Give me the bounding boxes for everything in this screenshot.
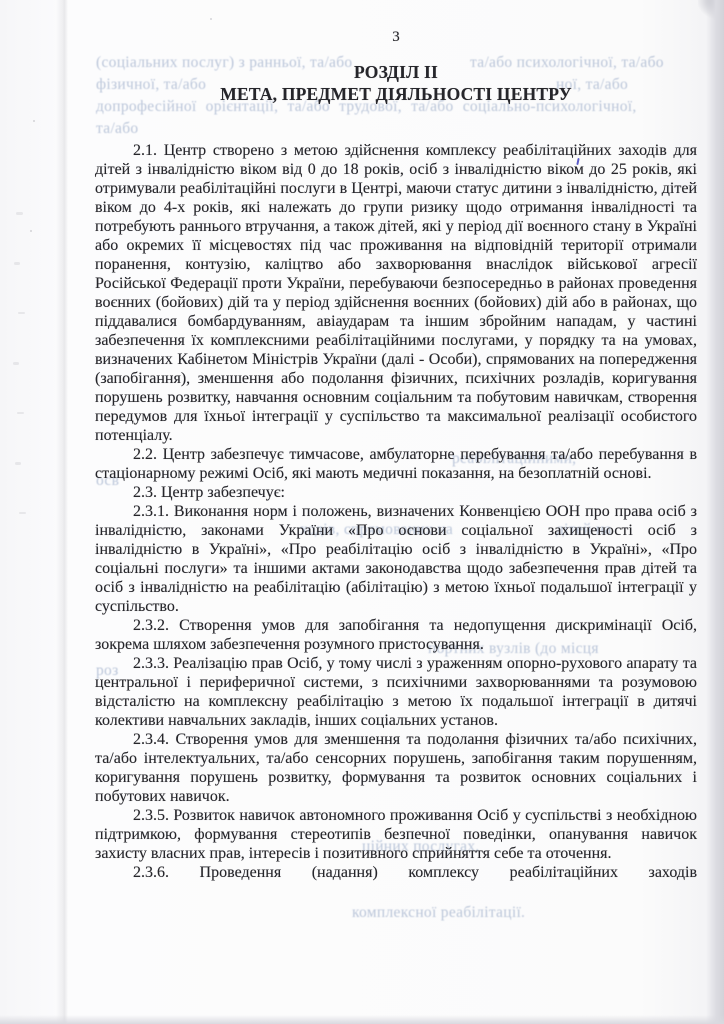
scan-artifact (18, 312, 25, 314)
paragraph-2-1: 2.1. Центр створено з метою здійснення к… (95, 141, 697, 445)
scan-artifact (210, 18, 212, 20)
paragraph-2-3-2: 2.3.2. Створення умов для запобігання та… (95, 616, 697, 654)
scan-artifact (33, 120, 35, 122)
scan-artifact (14, 262, 20, 265)
paragraph-2-2: 2.2. Центр забезпечує тимчасове, амбулат… (95, 445, 697, 483)
page-fold-line (56, 0, 68, 1024)
scan-edge-bottom (0, 1015, 724, 1024)
scan-artifact (17, 412, 24, 414)
scan-edge-right (706, 0, 724, 1024)
scan-artifact (30, 230, 32, 232)
paragraph-2-3-3: 2.3.3. Реалізацію прав Осіб, у тому числ… (95, 654, 697, 730)
scan-artifact (13, 362, 19, 365)
scanned-page: (соціальних послуг) з ранньої, та/або та… (0, 0, 724, 1024)
scan-artifact (15, 462, 21, 465)
paragraph-2-3: 2.3. Центр забезпечує: (95, 483, 697, 502)
scan-edge-top (44, 0, 724, 13)
scan-artifact (16, 212, 23, 215)
scan-artifact (19, 512, 26, 514)
paragraph-2-3-6: 2.3.6. Проведення (надання) комплексу ре… (95, 863, 697, 882)
paragraph-2-3-5: 2.3.5. Розвиток навичок автономного прож… (95, 806, 697, 863)
section-heading-line1: РОЗДІЛ ІІ (95, 61, 697, 83)
section-heading-line2: МЕТА, ПРЕДМЕТ ДІЯЛЬНОСТІ ЦЕНТРУ (95, 83, 697, 105)
paragraph-2-3-1: 2.3.1. Виконання норм і положень, визнач… (95, 502, 697, 616)
document-text-column: 3 РОЗДІЛ ІІ МЕТА, ПРЕДМЕТ ДІЯЛЬНОСТІ ЦЕН… (95, 28, 697, 882)
page-number: 3 (95, 28, 697, 47)
paragraph-2-3-4: 2.3.4. Створення умов для зменшення та п… (95, 730, 697, 806)
section-heading: РОЗДІЛ ІІ МЕТА, ПРЕДМЕТ ДІЯЛЬНОСТІ ЦЕНТР… (95, 61, 697, 105)
